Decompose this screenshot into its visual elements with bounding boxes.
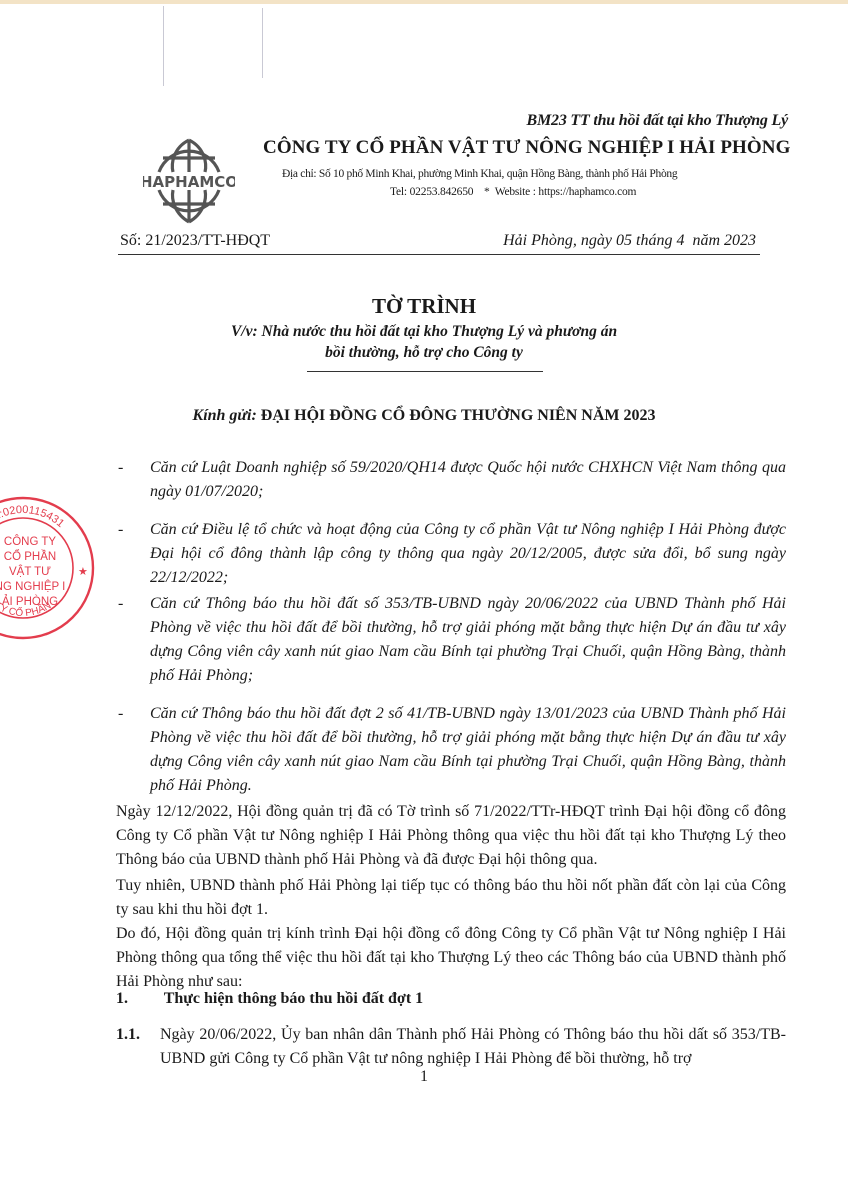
recipient-line: Kính gửi: ĐẠI HỘI ĐỒNG CỔ ĐÔNG THƯỜNG NI… <box>0 407 848 425</box>
list-dash: - <box>118 456 123 480</box>
svg-text:HAPHAMCO: HAPHAMCO <box>143 173 235 191</box>
document-subject: V/v: Nhà nước thu hồi đất tại kho Thượng… <box>0 321 848 363</box>
subject-line-1: V/v: Nhà nước thu hồi đất tại kho Thượng… <box>0 321 848 342</box>
legal-basis-text: Căn cứ Luật Doanh nghiệp số 59/2020/QH14… <box>150 459 786 500</box>
page-number: 1 <box>0 1068 848 1086</box>
company-name: CÔNG TY CỔ PHẦN VẬT TƯ NÔNG NGHIỆP I HẢI… <box>263 137 791 159</box>
legal-basis-text: Căn cứ Thông báo thu hồi đất đợt 2 số 41… <box>150 705 786 794</box>
legal-basis-text: Căn cứ Thông báo thu hồi đất số 353/TB-U… <box>150 595 786 684</box>
subsection: 1.1. Ngày 20/06/2022, Ủy ban nhân dân Th… <box>116 1023 786 1071</box>
document-date: Hải Phòng, ngày 05 tháng 4 năm 2023 <box>503 232 756 250</box>
scan-artifact <box>163 6 164 86</box>
company-seal-stamp: …N:0200115431 TY CỔ PHẦN ★ CÔNG TYCỔ PHẦ… <box>0 493 98 643</box>
document-title: TỜ TRÌNH <box>0 294 848 319</box>
company-logo: HAPHAMCO <box>143 134 235 226</box>
legal-bases-list: - Căn cứ Luật Doanh nghiệp số 59/2020/QH… <box>116 456 786 800</box>
body-paragraph: Tuy nhiên, UBND thành phố Hải Phòng lại … <box>116 874 786 922</box>
section-number: 1. <box>116 990 160 1008</box>
legal-basis-item: - Căn cứ Điều lệ tổ chức và hoạt động củ… <box>116 518 786 590</box>
section-title: Thực hiện thông báo thu hồi đất đợt 1 <box>164 990 423 1007</box>
svg-text:NG NGHIỆP I: NG NGHIỆP I <box>0 580 65 593</box>
subsection-number: 1.1. <box>116 1023 140 1047</box>
scan-edge-band <box>0 0 848 4</box>
company-contact: Tel: 02253.842650 * Website : https://ha… <box>390 186 636 198</box>
svg-text:ẢI PHÒNG: ẢI PHÒNG <box>2 595 58 608</box>
header-divider <box>118 254 760 255</box>
seal-icon: …N:0200115431 TY CỔ PHẦN ★ CÔNG TYCỔ PHẦ… <box>0 493 98 643</box>
list-dash: - <box>118 702 123 726</box>
svg-text:CỔ PHẦN: CỔ PHẦN <box>4 550 56 563</box>
legal-basis-item: - Căn cứ Luật Doanh nghiệp số 59/2020/QH… <box>116 456 786 504</box>
recipient-label: Kính gửi: <box>193 407 257 424</box>
svg-text:…N:0200115431: …N:0200115431 <box>0 504 66 530</box>
company-address: Địa chỉ: Số 10 phố Minh Khai, phường Min… <box>282 168 677 180</box>
body-paragraph: Do đó, Hội đồng quản trị kính trình Đại … <box>116 922 786 994</box>
svg-text:★: ★ <box>78 566 88 578</box>
form-code: BM23 TT thu hồi đất tại kho Thượng Lý <box>527 112 788 130</box>
globe-icon: HAPHAMCO <box>143 134 235 226</box>
section-heading: 1. Thực hiện thông báo thu hồi đất đợt 1 <box>116 990 423 1008</box>
subject-line-2: bồi thường, hỗ trợ cho Công ty <box>0 342 848 363</box>
subsection-text: Ngày 20/06/2022, Ủy ban nhân dân Thành p… <box>160 1023 786 1071</box>
list-dash: - <box>118 518 123 542</box>
legal-basis-item: - Căn cứ Thông báo thu hồi đất đợt 2 số … <box>116 702 786 798</box>
svg-text:VẬT TƯ: VẬT TƯ <box>9 565 51 578</box>
scan-artifact <box>262 8 263 78</box>
legal-basis-text: Căn cứ Điều lệ tổ chức và hoạt động của … <box>150 521 786 586</box>
list-dash: - <box>118 592 123 616</box>
body-paragraph: Ngày 12/12/2022, Hội đồng quản trị đã có… <box>116 800 786 872</box>
subject-divider <box>307 371 543 372</box>
document-number: Số: 21/2023/TT-HĐQT <box>120 232 270 250</box>
legal-basis-item: - Căn cứ Thông báo thu hồi đất số 353/TB… <box>116 592 786 688</box>
svg-text:CÔNG TY: CÔNG TY <box>4 535 57 548</box>
recipient-name: ĐẠI HỘI ĐỒNG CỔ ĐÔNG THƯỜNG NIÊN NĂM 202… <box>261 407 656 424</box>
